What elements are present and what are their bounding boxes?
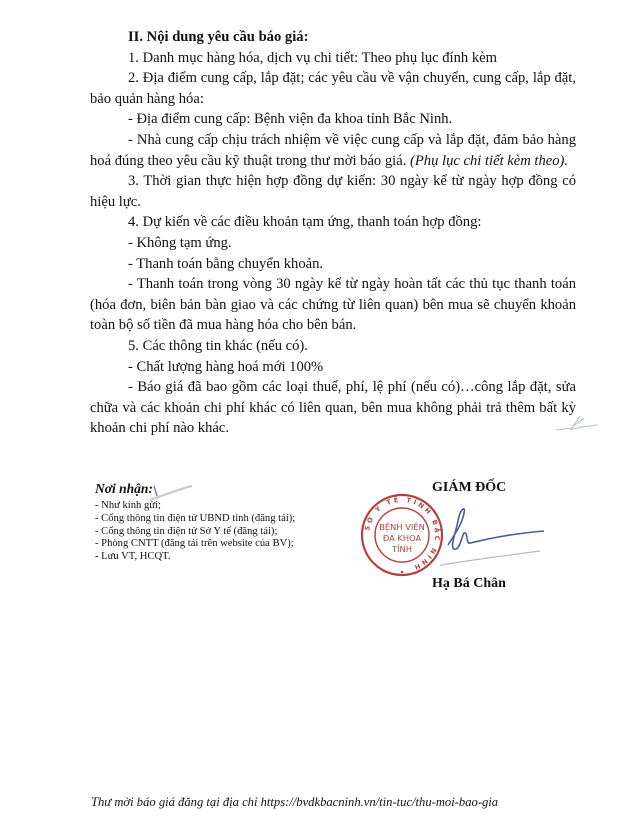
recipient-item: - Như kính gửi; (95, 500, 355, 513)
svg-text:TỈNH: TỈNH (391, 543, 412, 554)
item-2-delivery: 2. Địa điểm cung cấp, lắp đặt; các yêu c… (90, 68, 576, 109)
svg-text:ĐA KHOA: ĐA KHOA (383, 533, 422, 543)
quotation-requirements-section: II. Nội dung yêu cầu báo giá: 1. Danh mụ… (90, 27, 576, 439)
item-1-goods-list: 1. Danh mục hàng hóa, dịch vụ chi tiết: … (90, 48, 576, 69)
handwritten-signature-icon (440, 505, 550, 575)
recipient-item: - Cổng thông tin điện tử UBND tỉnh (đăng… (95, 513, 355, 526)
signer-name: Hạ Bá Chân (432, 576, 506, 592)
svg-text:BỆNH VIỆN: BỆNH VIỆN (379, 521, 425, 533)
item-4-bank-transfer: - Thanh toán bằng chuyển khoản. (90, 254, 576, 275)
item-4-payment-terms: - Thanh toán trong vòng 30 ngày kể từ ng… (90, 274, 576, 336)
recipients-block: Nơi nhận: - Như kính gửi; - Cổng thông t… (95, 480, 355, 564)
item-4-no-advance: - Không tạm ứng. (90, 233, 576, 254)
item-5-other-info: 5. Các thông tin khác (nếu có). (90, 336, 576, 357)
item-2-responsibility: - Nhà cung cấp chịu trách nhiệm về việc … (90, 130, 576, 171)
section-heading: II. Nội dung yêu cầu báo giá: (90, 27, 576, 48)
item-4-payment: 4. Dự kiến về các điều khoản tạm ứng, th… (90, 212, 576, 233)
footer-publication-note: Thư mời báo giá đăng tại địa chỉ https:/… (91, 795, 498, 810)
recipient-item: - Cổng thông tin điện tử Sở Y tế (đăng t… (95, 526, 355, 539)
initial-mark-icon (148, 480, 196, 502)
hospital-stamp-icon: SỞ Y TẾ TỈNH BẮC NINH BỆNH VIỆN ĐA KHOA … (360, 493, 444, 577)
appendix-note: (Phụ lục chi tiết kèm theo). (410, 153, 568, 169)
document-page: II. Nội dung yêu cầu báo giá: 1. Danh mụ… (0, 0, 636, 835)
item-5-quality: - Chất lượng hàng hoá mới 100% (90, 357, 576, 378)
item-5-price-inclusion: - Báo giá đã bao gồm các loại thuế, phí,… (90, 377, 576, 439)
recipients-title: Nơi nhận: (95, 480, 355, 498)
recipient-item: - Phòng CNTT (đăng tải trên website của … (95, 538, 355, 551)
item-3-duration: 3. Thời gian thực hiện hợp đồng dự kiến:… (90, 171, 576, 212)
recipient-item: - Lưu VT, HCQT. (95, 551, 355, 564)
recipients-list: - Như kính gửi; - Cổng thông tin điện tử… (95, 500, 355, 564)
item-2-location: - Địa điểm cung cấp: Bệnh viện đa khoa t… (90, 109, 576, 130)
initial-mark-icon (552, 412, 600, 436)
